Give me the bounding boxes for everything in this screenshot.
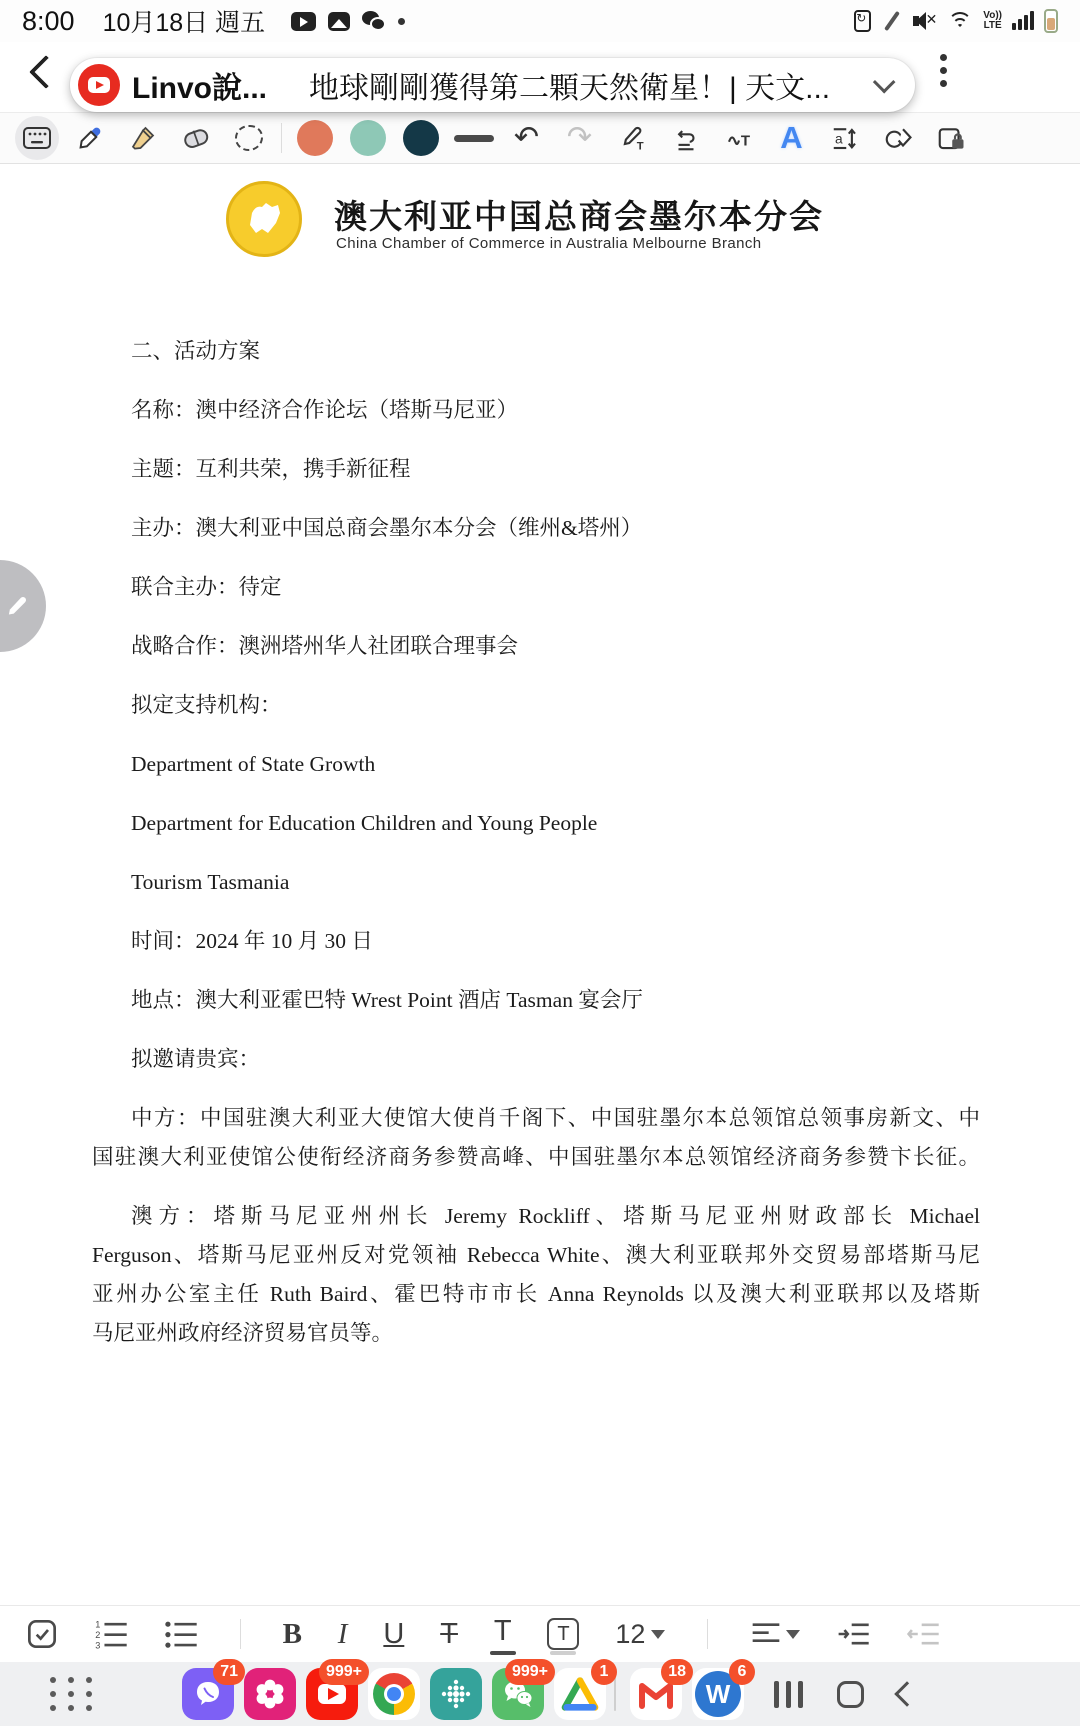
doc-line: 中方：中国驻澳大利亚大使馆大使肖千阁下、中国驻墨尔本总领馆总领事房新文、中	[92, 1099, 980, 1138]
text-format-toolbar: 123 B I U T T T 12	[0, 1605, 1080, 1662]
word-badge: 6	[729, 1659, 755, 1685]
organization-name-english: China Chamber of Commerce in Australia M…	[336, 235, 762, 252]
toolbar-divider	[707, 1619, 708, 1649]
wechat-notification-icon	[362, 11, 386, 31]
doc-line: 战略合作：澳洲塔州华人社团联合理事会	[92, 627, 980, 666]
youtube-app-icon[interactable]: 999+	[306, 1668, 358, 1720]
volte-bottom-label: LTE	[984, 20, 1002, 31]
doc-line: 地点：澳大利亚霍巴特 Wrest Point 酒店 Tasman 宴会厅	[92, 981, 980, 1020]
annotation-toolbar: ↶ ↷ T T A a	[0, 112, 1080, 164]
svg-text:3: 3	[95, 1640, 100, 1650]
back-button[interactable]	[29, 55, 63, 89]
more-notifications-dot	[398, 18, 405, 25]
doc-line: 二、活动方案	[92, 332, 980, 371]
date: 10月18日 週五	[103, 3, 266, 39]
coral-color-icon	[297, 120, 333, 156]
caret-down-icon	[786, 1630, 800, 1639]
home-button[interactable]	[837, 1681, 864, 1708]
lock-button[interactable]	[924, 112, 977, 164]
toolbar-divider	[281, 123, 282, 153]
doc-line: 主办：澳大利亚中国总商会墨尔本分会（维州&塔州）	[92, 509, 980, 548]
pen-text-icon: T	[618, 123, 648, 153]
doc-line: 时间：2024 年 10 月 30 日	[92, 922, 980, 961]
bullet-list-button[interactable]	[164, 1606, 198, 1663]
handwriting-to-text-button[interactable]: T	[606, 112, 659, 164]
align-dropdown[interactable]	[750, 1606, 800, 1663]
underline-button[interactable]: U	[383, 1606, 404, 1663]
gallery-notification-icon	[328, 12, 350, 31]
keyboard-tool-button[interactable]	[10, 112, 63, 164]
text-size-button[interactable]: a	[818, 112, 871, 164]
doc-line: 主题：互利共荣，携手新征程	[92, 450, 980, 489]
battery-icon	[1044, 9, 1058, 33]
doc-line: 拟邀请贵宾：	[92, 1040, 980, 1079]
shape-recognition-button[interactable]	[871, 112, 924, 164]
doc-line: Department of State Growth	[92, 745, 980, 784]
shapes-icon	[883, 123, 913, 153]
youtube-miniplayer-pill[interactable]: Linvo說... 地球剛剛獲得第二顆天然衛星！| 天文...	[70, 58, 915, 112]
text-highlight-button[interactable]: T	[547, 1606, 579, 1663]
doc-line: 名称：澳中经济合作论坛（塔斯马尼亚）	[92, 391, 980, 430]
text-size-icon: a	[830, 123, 860, 153]
highlighter-tool-button[interactable]	[116, 112, 169, 164]
eraser-tool-button[interactable]	[169, 112, 222, 164]
color-swatch-navy[interactable]	[394, 112, 447, 164]
stylus-icon	[881, 10, 903, 32]
doc-line: Tourism Tasmania	[92, 863, 980, 902]
font-size-dropdown[interactable]: 12	[615, 1606, 665, 1663]
indent-decrease-icon	[906, 1619, 940, 1649]
numbered-list-button[interactable]: 123	[94, 1606, 128, 1663]
fitbit-app-icon[interactable]	[430, 1668, 482, 1720]
lock-icon	[936, 123, 966, 153]
lasso-icon	[235, 125, 263, 151]
document-body[interactable]: 二、活动方案 名称：澳中经济合作论坛（塔斯马尼亚） 主题：互利共荣，携手新征程 …	[92, 332, 980, 1353]
color-swatch-mint[interactable]	[341, 112, 394, 164]
svg-text:T: T	[636, 140, 643, 152]
dock-bar: 71 999+ 999+ 1 18 6 W	[0, 1662, 1080, 1726]
mint-color-icon	[350, 120, 386, 156]
gallery-app-icon[interactable]	[244, 1668, 296, 1720]
notification-icons	[291, 11, 405, 31]
signal-strength-icon	[1012, 10, 1034, 32]
volte-icon: Vo)) LTE	[983, 11, 1002, 31]
convert-to-text-button[interactable]: T	[712, 112, 765, 164]
clock: 8:00	[22, 6, 75, 37]
recent-apps-button[interactable]	[774, 1681, 803, 1708]
undo-button[interactable]: ↶	[500, 112, 553, 164]
navy-color-icon	[403, 120, 439, 156]
underline-icon: U	[383, 1620, 404, 1649]
checkbox-list-button[interactable]	[26, 1606, 58, 1663]
checkbox-icon	[26, 1618, 58, 1650]
pen-tool-button[interactable]	[63, 112, 116, 164]
dock-divider	[614, 1677, 616, 1711]
wechat-app-icon[interactable]: 999+	[492, 1668, 544, 1720]
indent-increase-icon	[836, 1619, 870, 1649]
text-color-icon: T	[494, 1617, 512, 1652]
overflow-menu-button[interactable]	[940, 54, 948, 87]
auto-format-icon: A	[780, 120, 802, 156]
svg-text:2: 2	[95, 1630, 100, 1640]
wifi-icon	[947, 10, 973, 32]
svg-text:a: a	[835, 132, 843, 147]
viber-app-icon[interactable]: 71	[182, 1668, 234, 1720]
bold-icon: B	[283, 1620, 302, 1649]
drive-badge: 1	[591, 1659, 617, 1685]
doc-line: 澳方：塔斯马尼亚州州长 Jeremy Rockliff、塔斯马尼亚州财政部长 M…	[92, 1197, 980, 1236]
svg-text:T: T	[740, 133, 749, 150]
document-canvas[interactable]: 澳大利亚中国总商会墨尔本分会 China Chamber of Commerce…	[0, 165, 1080, 1605]
doc-line: 亚州办公室主任 Ruth Baird、霍巴特市市长 Anna Reynolds …	[92, 1275, 980, 1314]
color-swatch-coral[interactable]	[288, 112, 341, 164]
redo-icon: ↷	[567, 123, 592, 153]
svg-text:1: 1	[95, 1619, 100, 1629]
strikethrough-icon: T	[440, 1620, 458, 1649]
status-bar: 8:00 10月18日 週五 ✕ Vo)) LTE	[0, 0, 1080, 42]
indent-increase-button[interactable]	[836, 1606, 870, 1663]
organization-name-chinese: 澳大利亚中国总商会墨尔本分会	[334, 191, 824, 238]
italic-button[interactable]: I	[338, 1606, 348, 1663]
highlighter-icon	[128, 123, 158, 153]
add-space-button[interactable]	[659, 112, 712, 164]
eraser-icon	[181, 123, 211, 153]
chevron-down-icon[interactable]	[873, 71, 896, 94]
doc-line: 联合主办：待定	[92, 568, 980, 607]
indent-decrease-button[interactable]	[906, 1606, 940, 1663]
doc-line: 拟定支持机构：	[92, 686, 980, 725]
youtube-icon	[78, 64, 120, 106]
convert-to-text-icon: T	[724, 123, 754, 153]
undo-icon: ↶	[514, 123, 539, 153]
channel-name: Linvo說...	[132, 63, 267, 107]
doc-line: 马尼亚州政府经济贸易官员等。	[92, 1314, 980, 1353]
italic-icon: I	[338, 1620, 348, 1649]
wechat-badge: 999+	[505, 1659, 555, 1685]
battery-care-icon	[854, 10, 871, 32]
video-title: 地球剛剛獲得第二顆天然衛星！| 天文...	[309, 63, 865, 107]
viber-badge: 71	[213, 1659, 245, 1685]
gmail-app-icon[interactable]: 18	[630, 1668, 682, 1720]
numbered-list-icon: 123	[94, 1618, 128, 1650]
pen-icon	[75, 123, 105, 153]
lasso-select-button[interactable]	[222, 112, 275, 164]
text-box-icon: T	[547, 1618, 579, 1650]
bullet-list-icon	[164, 1618, 198, 1650]
align-left-icon	[750, 1619, 782, 1649]
redo-button[interactable]: ↷	[553, 112, 606, 164]
google-drive-app-icon[interactable]: 1	[554, 1668, 606, 1720]
font-size-value: 12	[615, 1619, 645, 1650]
bold-button[interactable]: B	[283, 1606, 302, 1663]
mute-icon: ✕	[913, 10, 937, 32]
doc-line: Department for Education Children and Yo…	[92, 804, 980, 843]
system-status-icons: ✕ Vo)) LTE	[854, 9, 1058, 33]
youtube-notification-icon	[291, 12, 316, 31]
auto-format-button[interactable]: A	[765, 112, 818, 164]
chrome-app-icon[interactable]	[368, 1668, 420, 1720]
strikethrough-button[interactable]: T	[440, 1606, 458, 1663]
word-app-icon[interactable]: 6 W	[692, 1668, 744, 1720]
organization-logo	[226, 181, 302, 257]
doc-line: 国驻澳大利亚使馆公使衔经济商务参赞高峰、中国驻墨尔本总领馆经济商务参赞卞长征。	[92, 1138, 980, 1177]
pencil-icon	[4, 593, 30, 619]
text-color-button[interactable]: T	[494, 1606, 512, 1663]
caret-down-icon	[651, 1630, 665, 1639]
keyboard-icon	[15, 116, 59, 160]
stroke-width-icon	[454, 135, 494, 142]
back-nav-button[interactable]	[894, 1681, 919, 1706]
gmail-badge: 18	[661, 1659, 693, 1685]
toolbar-divider	[240, 1619, 241, 1649]
doc-line: Ferguson、塔斯马尼亚州反对党领袖 Rebecca White、澳大利亚联…	[92, 1236, 980, 1275]
stroke-width-button[interactable]	[447, 112, 500, 164]
add-space-icon	[671, 123, 701, 153]
app-drawer-button[interactable]	[48, 1671, 94, 1717]
youtube-badge: 999+	[319, 1659, 369, 1685]
